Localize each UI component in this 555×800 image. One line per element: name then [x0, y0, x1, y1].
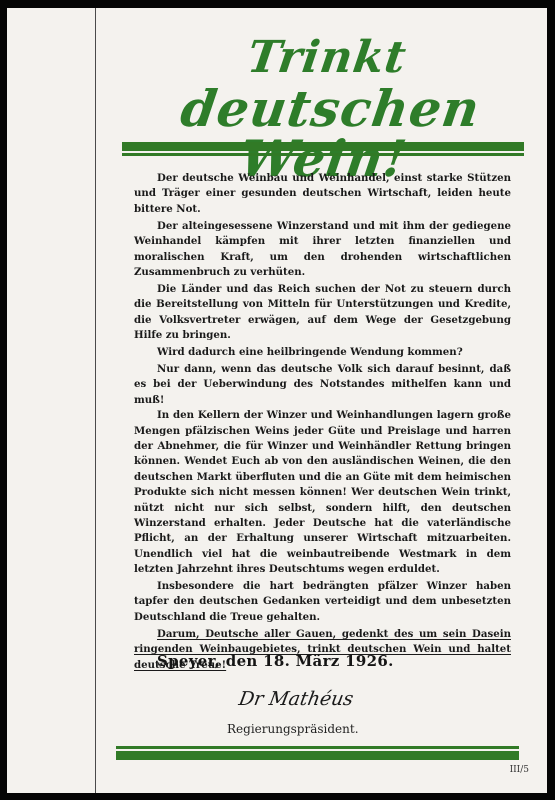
paragraph: In den Kellern der Winzer und Weinhandlu… [134, 408, 511, 577]
paragraph: Die Länder und das Reich suchen der Not … [134, 282, 511, 344]
top-thin-rule [122, 153, 524, 156]
title-line-1: Trinkt [114, 36, 540, 80]
paragraph: Wird dadurch eine heilbringende Wendung … [134, 345, 511, 360]
archive-reference: III/5 [510, 765, 529, 775]
poster-sheet: Trinkt deutschen Wein! Der deutsche Wein… [7, 8, 547, 793]
title-line-2: deutschen Wein! [110, 84, 544, 184]
paragraph: Insbesondere die hart bedrängten pfälzer… [134, 579, 511, 625]
signer-title: Regierungspräsident. [227, 722, 359, 736]
bottom-thick-rule [116, 751, 519, 760]
body-text: Der deutsche Weinbau und Weinhandel, ein… [134, 171, 511, 675]
place-date: Speyer, den 18. März 1926. [157, 652, 394, 670]
fold-line [95, 8, 96, 793]
signature: Dr Mathéus [237, 688, 355, 710]
top-thick-rule [122, 142, 524, 151]
paragraph: Der alteingesessene Winzerstand und mit … [134, 219, 511, 281]
poster-title: Trinkt deutschen Wein! [117, 36, 537, 184]
paragraph: Nur dann, wenn das deutsche Volk sich da… [134, 362, 511, 408]
paragraph: Der deutsche Weinbau und Weinhandel, ein… [134, 171, 511, 217]
bottom-thin-rule [116, 746, 519, 749]
